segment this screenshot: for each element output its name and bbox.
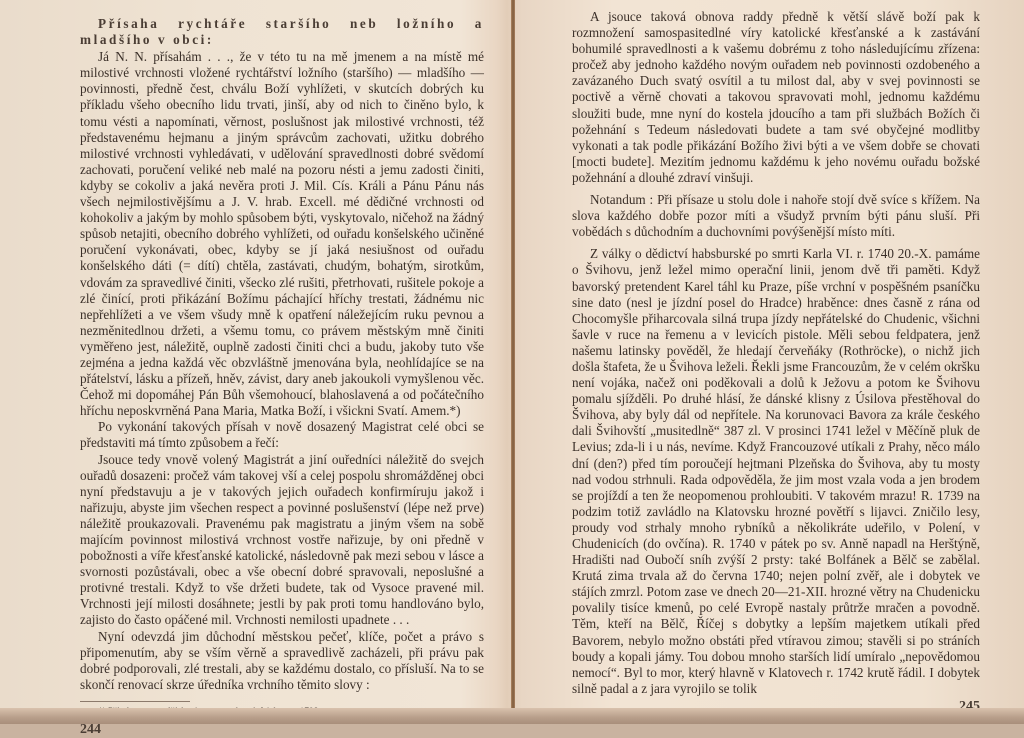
right-page: A jsouce taková obnova raddy předně k vě… xyxy=(572,9,980,724)
paragraph: Jsouce tedy vnově volený Magistrát a jin… xyxy=(80,452,484,629)
paragraph: Já N. N. přísahám . . ., že v této tu na… xyxy=(80,49,484,419)
paragraph: Nyní odevzdá jim důchodní městskou pečeť… xyxy=(80,629,484,693)
left-page: Přísaha rychtáře staršího neb ložního a … xyxy=(80,16,484,724)
paragraph: Po vykonání takových přísah v nově dosaz… xyxy=(80,419,484,451)
book-gutter xyxy=(511,0,515,716)
footnote-divider xyxy=(80,701,190,702)
paragraph: Z války o dědictví habsburské po smrti K… xyxy=(572,246,980,697)
paragraph: Notandum : Při přísaze u stolu dole i na… xyxy=(572,192,980,240)
paragraph: A jsouce taková obnova raddy předně k vě… xyxy=(572,9,980,186)
section-heading: Přísaha rychtáře staršího neb ložního a … xyxy=(80,16,484,48)
page-bottom-edge xyxy=(0,708,1024,724)
book-spread: Přísaha rychtáře staršího neb ložního a … xyxy=(0,0,1024,716)
